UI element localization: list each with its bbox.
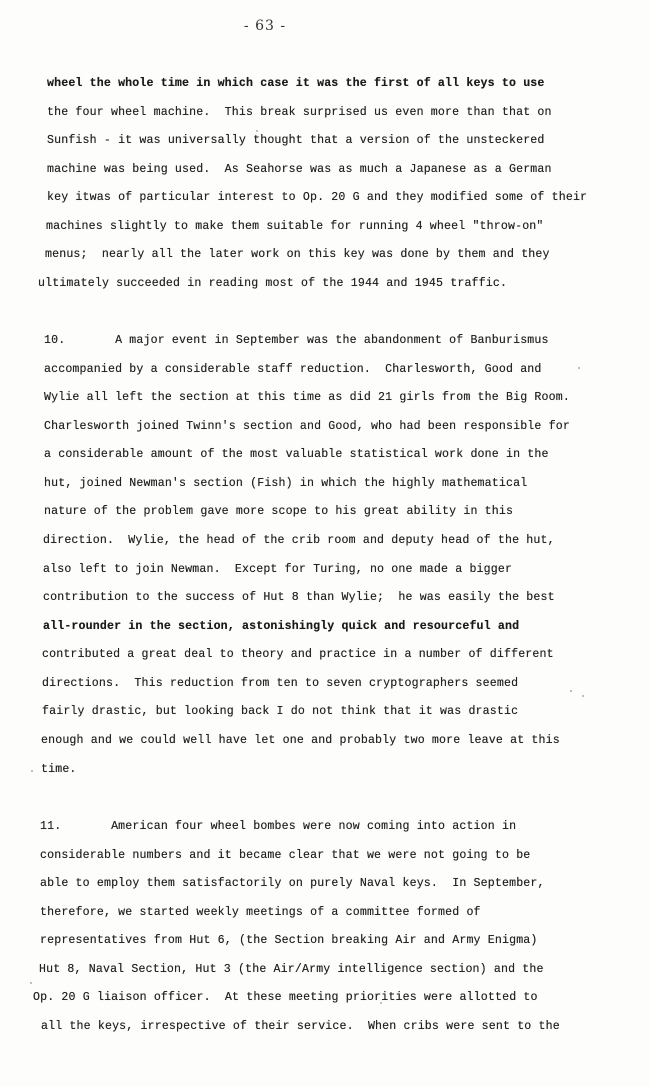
scan-speck — [430, 368, 432, 370]
text-line: accompanied by a considerable staff redu… — [44, 363, 542, 377]
paragraph-11-first-line: 11. American four wheel bombes were now … — [40, 820, 516, 834]
text-line: also left to join Newman. Except for Tur… — [43, 563, 512, 577]
scan-speck — [582, 695, 584, 697]
text-line: direction. Wylie, the head of the crib r… — [43, 534, 555, 548]
text-line: time. — [41, 763, 77, 777]
text-line: wheel the whole time in which case it wa… — [47, 77, 545, 91]
text-line: Op. 20 G liaison officer. At these meeti… — [33, 991, 538, 1005]
text-line: Sunfish - it was universally thought tha… — [47, 134, 545, 148]
text-line: Wylie all left the section at this time … — [44, 391, 570, 405]
text-line: the four wheel machine. This break surpr… — [47, 106, 552, 120]
scan-speck — [570, 690, 572, 692]
paragraph-10-first-line: 10. A major event in September was the a… — [44, 334, 549, 348]
text-line: considerable numbers and it became clear… — [40, 849, 530, 863]
scan-speck — [578, 367, 580, 369]
text-line: representatives from Hut 6, (the Section… — [40, 934, 538, 948]
text-line: directions. This reduction from ten to s… — [42, 677, 518, 691]
text-line: all the keys, irrespective of their serv… — [41, 1020, 560, 1034]
text-line: therefore, we started weekly meetings of… — [40, 906, 481, 920]
text-line: ultimately succeeded in reading most of … — [38, 277, 507, 291]
text-line: contributed a great deal to theory and p… — [42, 648, 554, 662]
scan-speck — [30, 982, 32, 984]
text-line: a considerable amount of the most valuab… — [44, 448, 549, 462]
text-line: hut, joined Newman's section (Fish) in w… — [44, 477, 527, 491]
text-line: machine was being used. As Seahorse was … — [47, 163, 552, 177]
text-line: all-rounder in the section, astonishingl… — [43, 620, 519, 634]
scan-speck — [256, 130, 258, 132]
text-line: able to employ them satisfactorily on pu… — [40, 877, 545, 891]
text-line: key itwas of particular interest to Op. … — [47, 191, 587, 205]
text-line: enough and we could well have let one an… — [41, 734, 560, 748]
text-line: fairly drastic, but looking back I do no… — [42, 705, 518, 719]
text-line: contribution to the success of Hut 8 tha… — [43, 591, 555, 605]
scan-speck — [380, 1002, 382, 1004]
page-number: - 63 - — [0, 18, 530, 34]
text-line: machines slightly to make them suitable … — [46, 220, 544, 234]
scan-speck — [31, 770, 33, 772]
text-line: nature of the problem gave more scope to… — [44, 505, 513, 519]
document-page: - 63 - wheel the whole time in which cas… — [0, 0, 650, 1086]
text-line: menus; nearly all the later work on this… — [45, 248, 550, 262]
text-line: Hut 8, Naval Section, Hut 3 (the Air/Arm… — [39, 963, 544, 977]
text-line: Charlesworth joined Twinn's section and … — [44, 420, 570, 434]
